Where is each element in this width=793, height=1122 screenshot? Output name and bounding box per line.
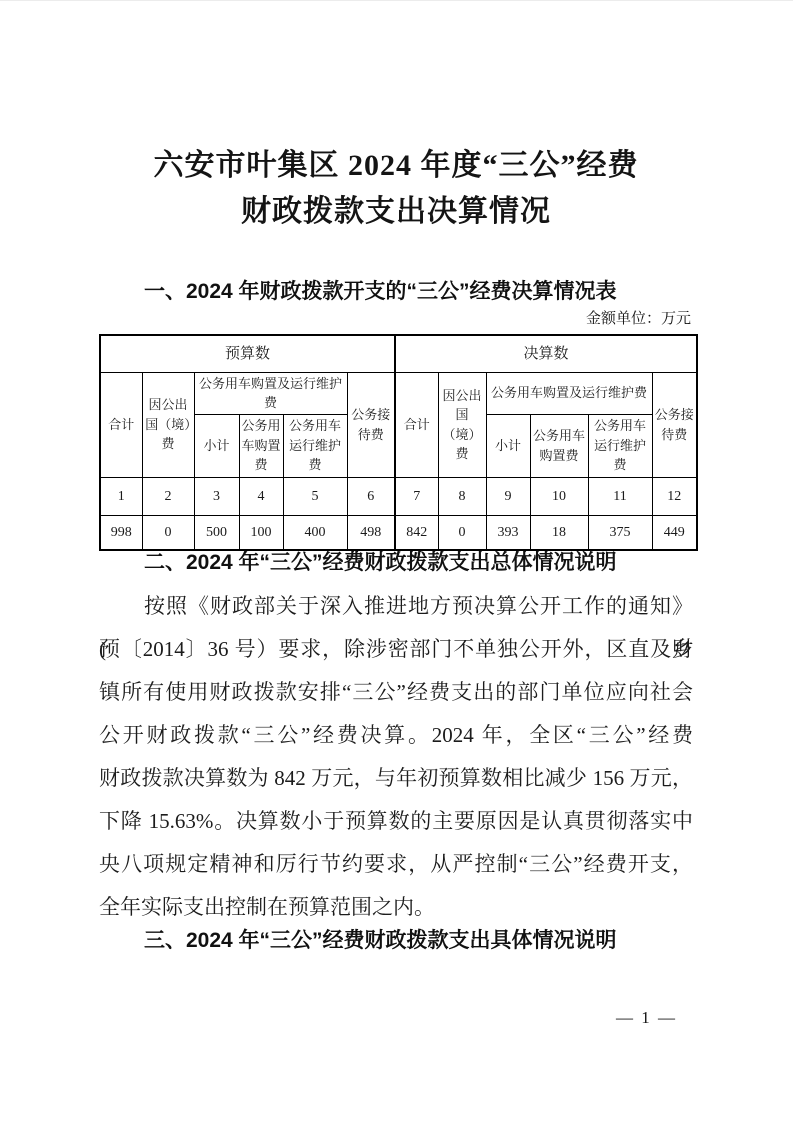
column-number: 10 <box>530 477 588 515</box>
col-header-budget-vehicle-group: 公务用车购置及运行维护费 <box>194 372 347 414</box>
col-header-budget-purchase: 公务用车购置费 <box>239 414 283 477</box>
col-header-budget-maintenance: 公务用车运行维护费 <box>283 414 347 477</box>
paragraph-line: 镇所有使用财政拨款安排“三公”经费支出的部门单位应向社会 <box>99 671 693 714</box>
section2-paragraph: 按照《财政部关于深入推进地方预决算公开工作的通知》(财 预〔2014〕36 号）… <box>99 585 693 929</box>
column-number: 4 <box>239 477 283 515</box>
value-final-total: 842 <box>395 515 438 550</box>
column-number: 3 <box>194 477 239 515</box>
value-final-subtotal: 393 <box>486 515 530 550</box>
table-value-row: 998 0 500 100 400 498 842 0 393 18 375 4… <box>100 515 697 550</box>
table-header-row: 合计 因公出国（境）费 公务用车购置及运行维护费 公务接待费 合计 因公出国（境… <box>100 372 697 414</box>
document-title: 六安市叶集区 2024 年度“三公”经费 财政拨款支出决算情况 <box>99 143 693 235</box>
col-header-final-abroad: 因公出国（境）费 <box>438 372 486 477</box>
col-header-final-reception: 公务接待费 <box>652 372 697 477</box>
value-budget-subtotal: 500 <box>194 515 239 550</box>
col-header-budget-abroad: 因公出国（境）费 <box>142 372 194 477</box>
value-budget-purchase: 100 <box>239 515 283 550</box>
value-budget-maintenance: 400 <box>283 515 347 550</box>
value-final-abroad: 0 <box>438 515 486 550</box>
section1-heading: 一、2024 年财政拨款开支的“三公”经费决算情况表 <box>99 278 693 306</box>
col-header-final-total: 合计 <box>395 372 438 477</box>
section2-heading: 二、2024 年“三公”经费财政拨款支出总体情况说明 <box>99 549 693 577</box>
col-header-budget-total: 合计 <box>100 372 142 477</box>
column-number: 12 <box>652 477 697 515</box>
group-header-final: 决算数 <box>395 335 697 372</box>
group-header-budget: 预算数 <box>100 335 395 372</box>
amount-unit-label: 金额单位：万元 <box>99 309 691 329</box>
column-number: 7 <box>395 477 438 515</box>
document-title-line-2: 财政拨款支出决算情况 <box>99 189 693 235</box>
paragraph-line: 按照《财政部关于深入推进地方预决算公开工作的通知》(财 <box>99 585 693 628</box>
table-column-number-row: 1 2 3 4 5 6 7 8 9 10 11 12 <box>100 477 697 515</box>
value-final-maintenance: 375 <box>588 515 652 550</box>
page-number: — 1 — <box>616 1007 677 1029</box>
section3-heading: 三、2024 年“三公”经费财政拨款支出具体情况说明 <box>99 927 693 955</box>
document-page: 六安市叶集区 2024 年度“三公”经费 财政拨款支出决算情况 一、2024 年… <box>0 0 793 1122</box>
col-header-final-maintenance: 公务用车运行维护费 <box>588 414 652 477</box>
paragraph-line: 预〔2014〕36 号）要求，除涉密部门不单独公开外，区直及乡 <box>99 628 693 671</box>
column-number: 6 <box>347 477 395 515</box>
value-budget-abroad: 0 <box>142 515 194 550</box>
document-title-line-1: 六安市叶集区 2024 年度“三公”经费 <box>99 143 693 189</box>
col-header-final-purchase: 公务用车购置费 <box>530 414 588 477</box>
value-budget-total: 998 <box>100 515 142 550</box>
paragraph-line: 公开财政拨款“三公”经费决算。2024 年，全区“三公”经费 <box>99 714 693 757</box>
paragraph-line: 全年实际支出控制在预算范围之内。 <box>99 886 693 929</box>
paragraph-line: 央八项规定精神和厉行节约要求，从严控制“三公”经费开支， <box>99 843 693 886</box>
col-header-budget-subtotal: 小计 <box>194 414 239 477</box>
value-final-reception: 449 <box>652 515 697 550</box>
col-header-final-vehicle-group: 公务用车购置及运行维护费 <box>486 372 652 414</box>
col-header-final-subtotal: 小计 <box>486 414 530 477</box>
paragraph-line: 下降 15.63%。决算数小于预算数的主要原因是认真贯彻落实中 <box>99 800 693 843</box>
column-number: 11 <box>588 477 652 515</box>
col-header-budget-reception: 公务接待费 <box>347 372 395 477</box>
value-budget-reception: 498 <box>347 515 395 550</box>
three-public-expense-table: 预算数 决算数 合计 因公出国（境）费 公务用车购置及运行维护费 公务接待费 合… <box>99 334 698 551</box>
value-final-purchase: 18 <box>530 515 588 550</box>
column-number: 5 <box>283 477 347 515</box>
column-number: 8 <box>438 477 486 515</box>
column-number: 1 <box>100 477 142 515</box>
column-number: 2 <box>142 477 194 515</box>
column-number: 9 <box>486 477 530 515</box>
table-group-header-row: 预算数 决算数 <box>100 335 697 372</box>
paragraph-line: 财政拨款决算数为 842 万元，与年初预算数相比减少 156 万元， <box>99 757 693 800</box>
